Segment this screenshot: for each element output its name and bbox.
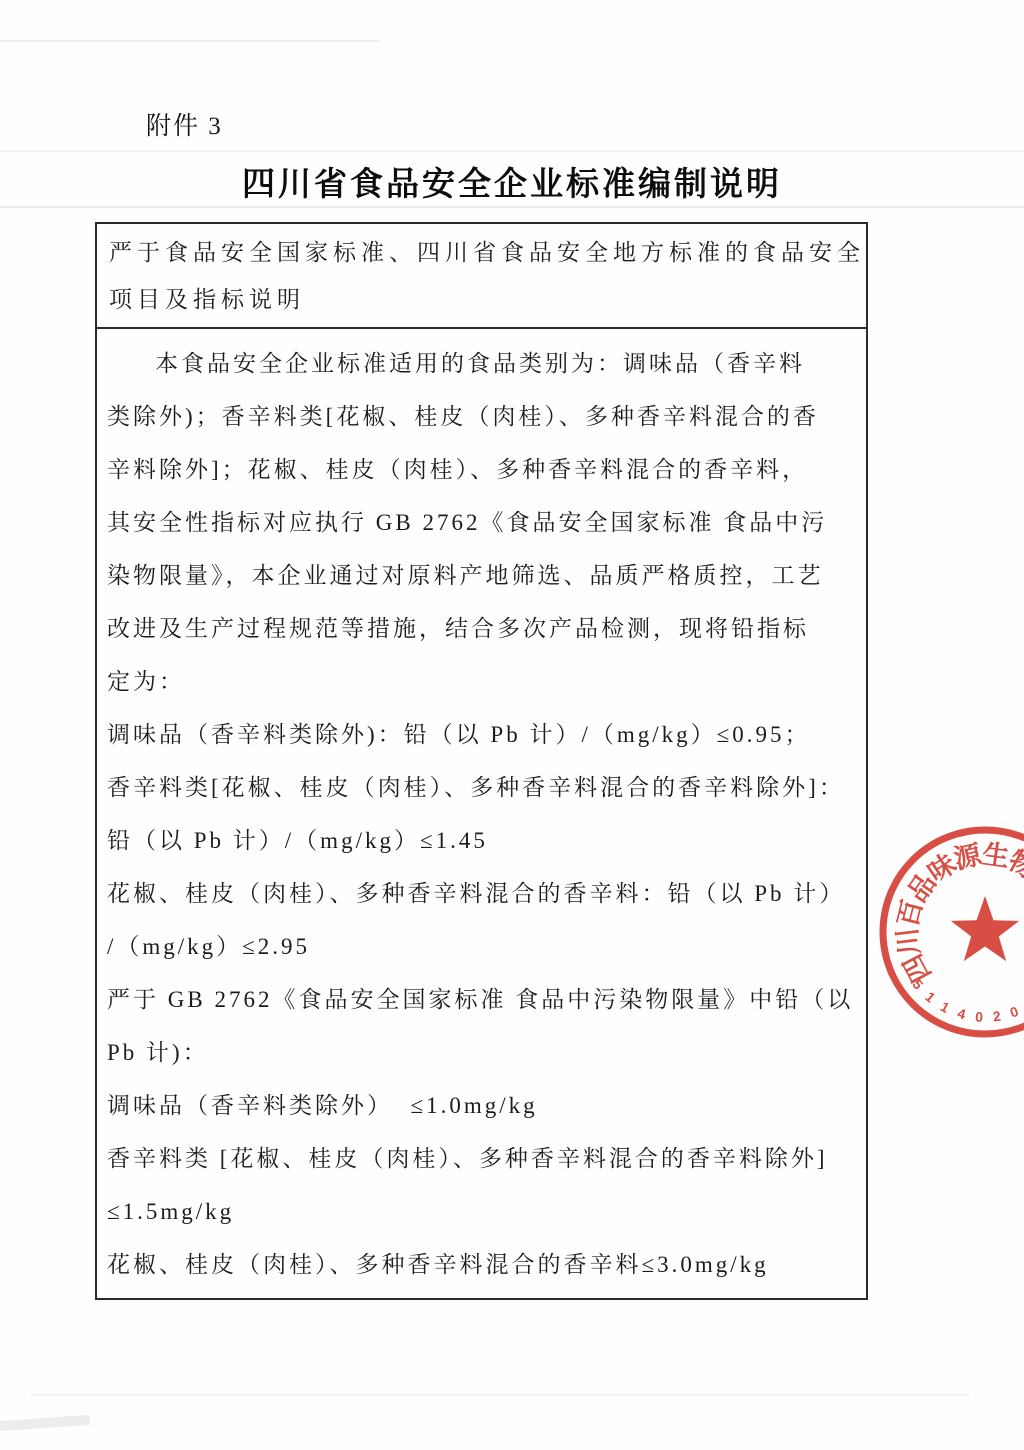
body-text-line: 改进及生产过程规范等措施，结合多次产品检测，现将铅指标 — [107, 602, 860, 655]
body-text-line: 类除外)；香辛料类[花椒、桂皮（肉桂）、多种香辛料混合的香 — [107, 390, 860, 443]
svg-text:1: 1 — [938, 998, 953, 1016]
body-text-line: 香辛料类 [花椒、桂皮（肉桂）、多种香辛料混合的香辛料除外] — [107, 1132, 860, 1185]
svg-text:1: 1 — [922, 988, 938, 1005]
body-text-line: 调味品（香辛料类除外） ≤1.0mg/kg — [107, 1079, 860, 1132]
attachment-label: 附件 3 — [146, 106, 223, 142]
standard-explanation-table: 严于食品安全国家标准、四川省食品安全地方标准的食品安全 项目及指标说明 本食品安… — [95, 222, 868, 1300]
body-text-line: 本食品安全企业标准适用的食品类别为：调味品（香辛料 — [107, 337, 860, 390]
body-text-line: 香辛料类[花椒、桂皮（肉桂）、多种香辛料混合的香辛料除外]： — [107, 761, 860, 814]
body-text-line: 严于 GB 2762《食品安全国家标准 食品中污染物限量》中铅（以 — [107, 973, 860, 1026]
table-header-line: 严于食品安全国家标准、四川省食品安全地方标准的食品安全 — [109, 229, 856, 276]
body-text-line: 花椒、桂皮（肉桂）、多种香辛料混合的香辛料≤3.0mg/kg — [107, 1238, 860, 1291]
body-text-line: ≤1.5mg/kg — [107, 1185, 860, 1238]
scan-smudge — [0, 1415, 90, 1431]
scan-artifact-line — [0, 150, 1024, 152]
body-text-line: Pb 计)： — [107, 1026, 860, 1079]
table-header-row: 严于食品安全国家标准、四川省食品安全地方标准的食品安全 项目及指标说明 — [97, 224, 866, 329]
seal-graphic: 四川百品味源生物科511402003 — [870, 817, 1024, 1047]
body-text-line: 其安全性指标对应执行 GB 2762《食品安全国家标准 食品中污 — [107, 496, 860, 549]
body-text-line: 定为： — [107, 655, 860, 708]
body-text-line: 辛料除外]；花椒、桂皮（肉桂）、多种香辛料混合的香辛料， — [107, 443, 860, 496]
scan-artifact-line — [0, 40, 380, 42]
body-text-line: 花椒、桂皮（肉桂）、多种香辛料混合的香辛料：铅（以 Pb 计） — [107, 867, 860, 920]
svg-text:2: 2 — [992, 1008, 1002, 1025]
body-text-line: 染物限量》，本企业通过对原料产地筛选、品质严格质控，工艺 — [107, 549, 860, 602]
table-header-line: 项目及指标说明 — [109, 276, 856, 323]
document-title: 四川省食品安全企业标准编制说明 — [0, 158, 1024, 205]
svg-text:源: 源 — [951, 839, 985, 875]
scanned-document-page: 附件 3 四川省食品安全企业标准编制说明 严于食品安全国家标准、四川省食品安全地… — [0, 0, 1024, 1450]
table-body-row: 本食品安全企业标准适用的食品类别为：调味品（香辛料 类除外)；香辛料类[花椒、桂… — [97, 329, 866, 1297]
company-seal-stamp: 四川百品味源生物科511402003 — [870, 817, 1024, 1047]
body-text-line: /（mg/kg）≤2.95 — [107, 920, 860, 973]
body-text-line: 调味品（香辛料类除外)：铅（以 Pb 计）/（mg/kg）≤0.95； — [107, 708, 860, 761]
svg-text:0: 0 — [1008, 1003, 1021, 1021]
svg-text:0: 0 — [975, 1009, 984, 1026]
body-text-line: 铅（以 Pb 计）/（mg/kg）≤1.45 — [107, 814, 860, 867]
svg-text:4: 4 — [956, 1005, 968, 1023]
scan-artifact-line — [30, 1394, 970, 1396]
scan-artifact-line — [0, 206, 1024, 208]
